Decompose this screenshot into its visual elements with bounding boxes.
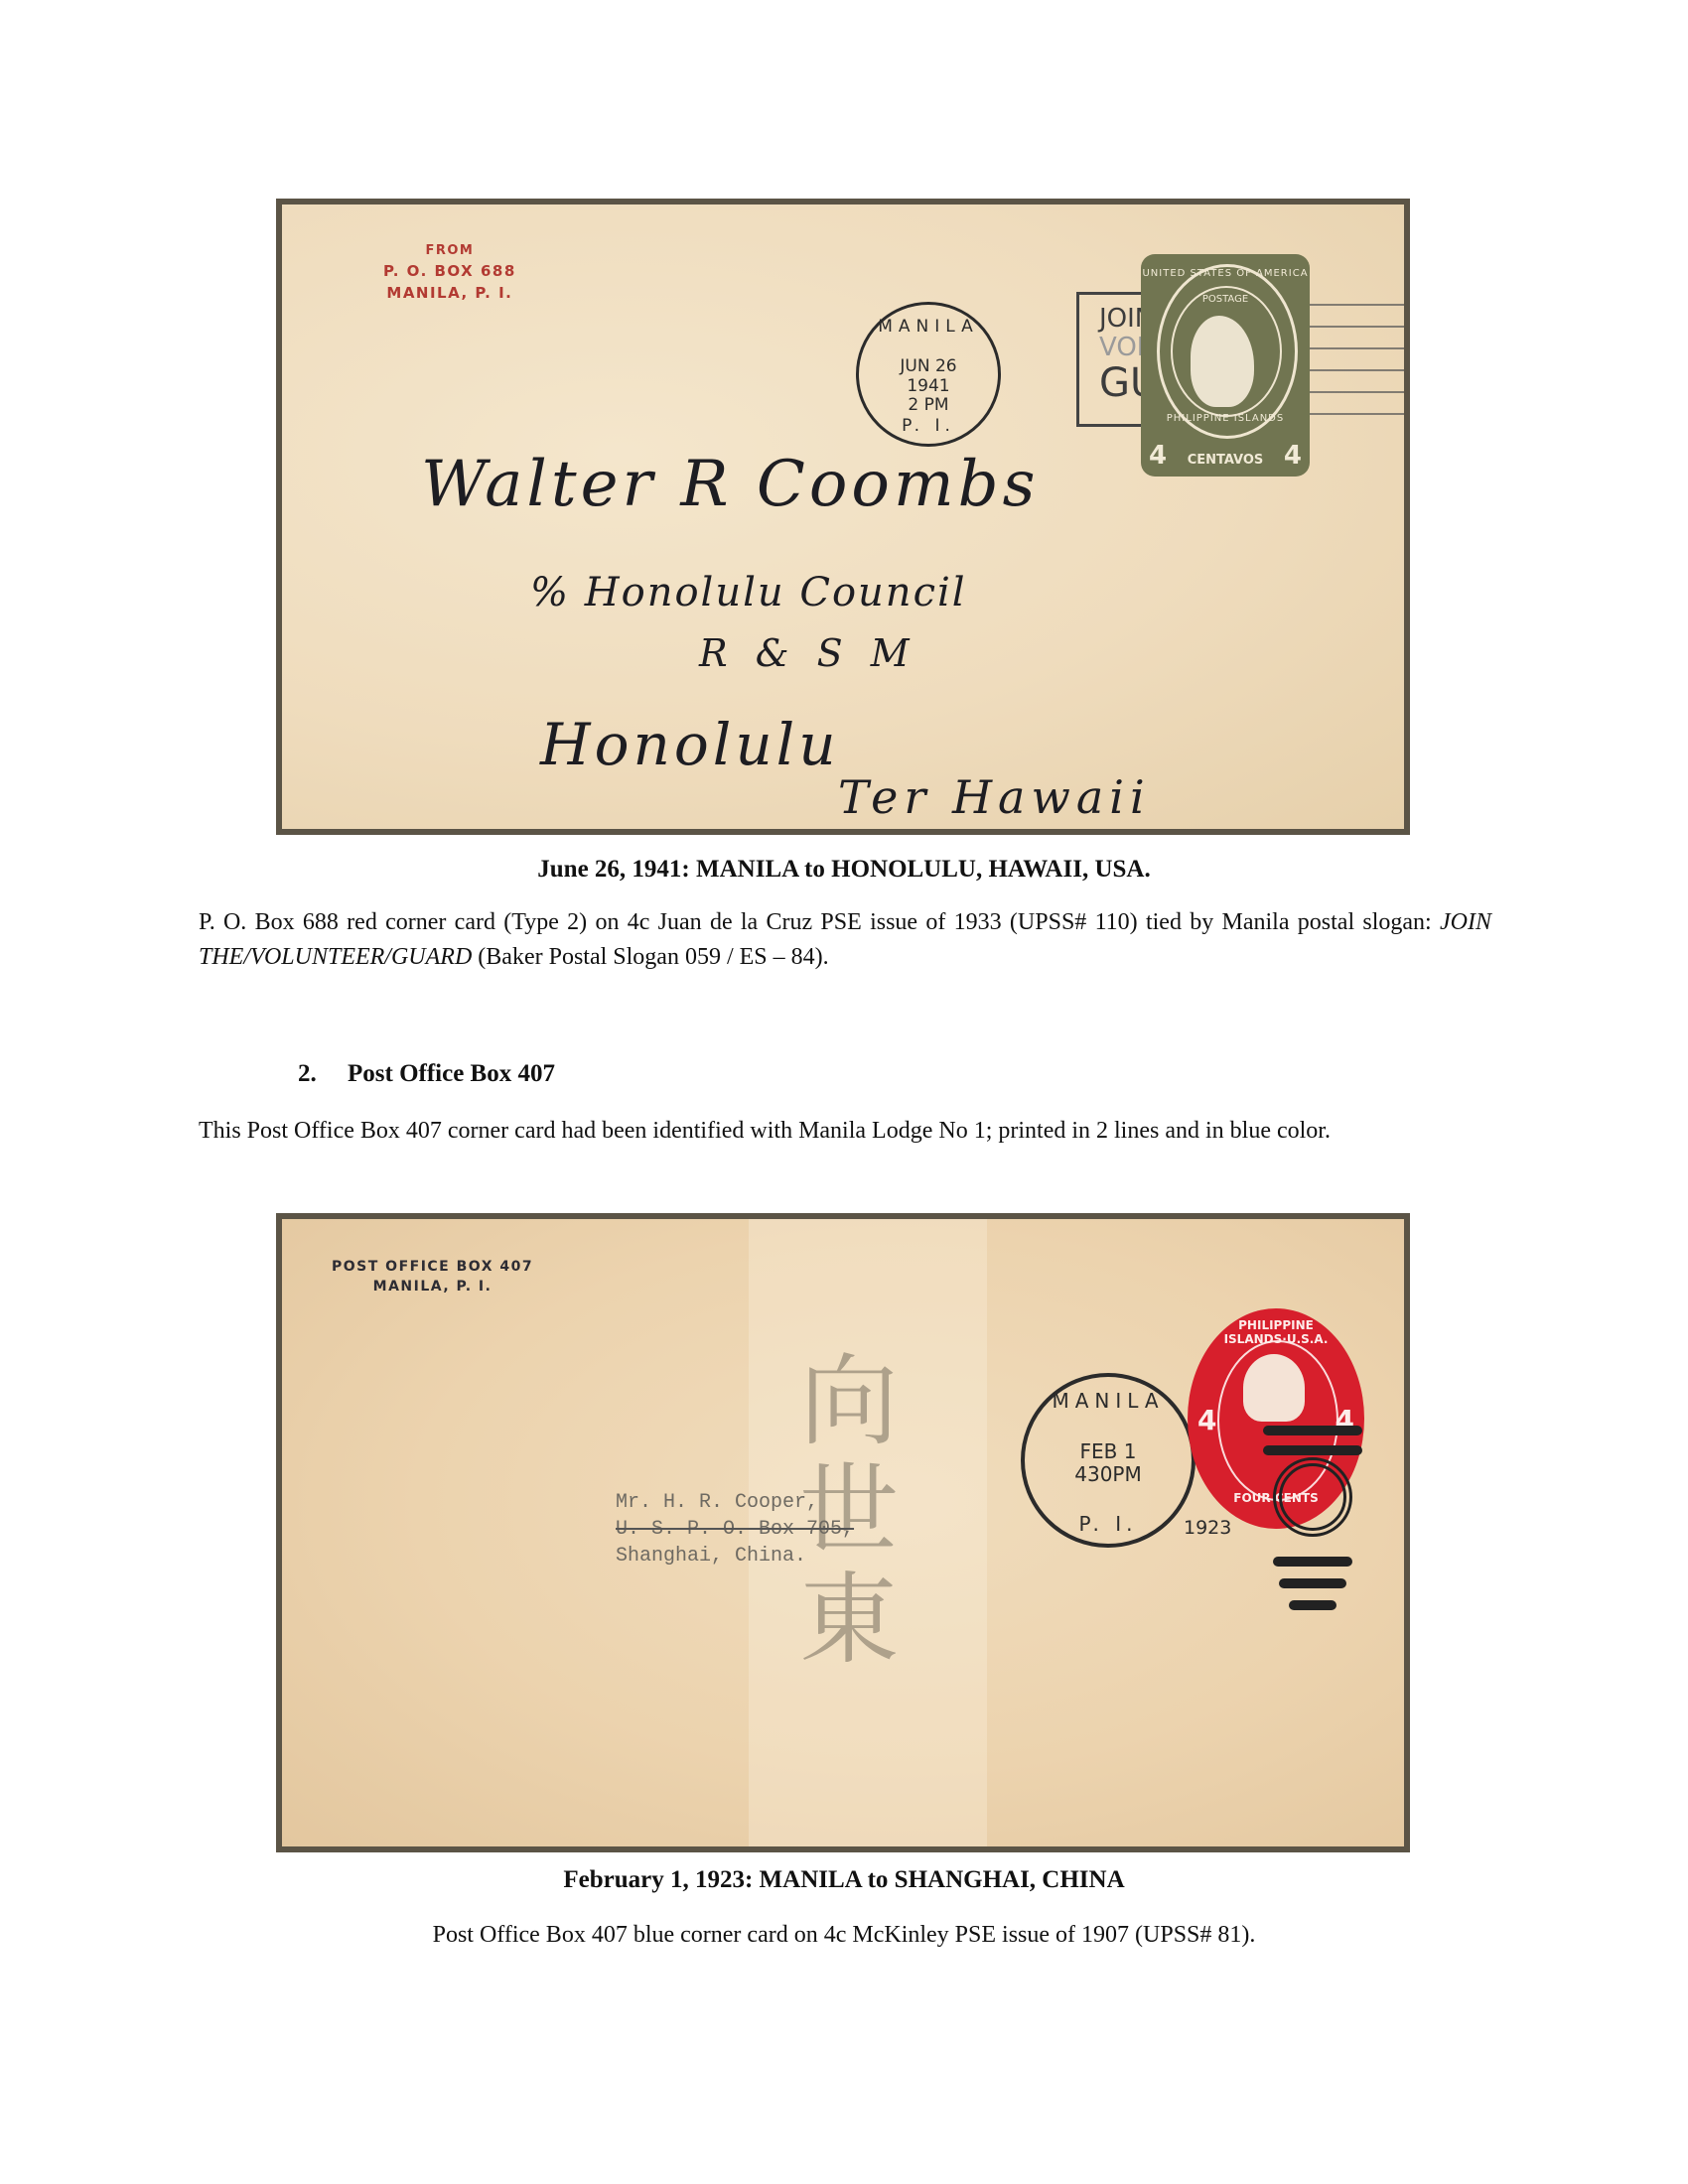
typed-address-line-3: Shanghai, China. bbox=[616, 1543, 854, 1570]
duplex-target-cancel bbox=[1263, 1408, 1362, 1626]
corner-card-from: FROM bbox=[383, 242, 516, 261]
postmark-date-block: JUN 26 1941 2 PM bbox=[859, 357, 998, 416]
caption-cover-2: February 1, 1923: MANILA to SHANGHAI, CH… bbox=[0, 1866, 1688, 1894]
manila-postmark-1923: MANILA FEB 1 430PM P. I. bbox=[1021, 1373, 1196, 1548]
corner-card-box-407: POST OFFICE BOX 407 MANILA, P. I. bbox=[332, 1257, 533, 1297]
postmark-place: P. I. bbox=[1025, 1512, 1192, 1536]
address-line-5: Ter Hawaii bbox=[838, 770, 1151, 824]
corner-card-box-688: FROM P. O. BOX 688 MANILA, P. I. bbox=[383, 242, 516, 304]
address-line-3: R & S M bbox=[699, 631, 917, 675]
cover-image-1923: POST OFFICE BOX 407 MANILA, P. I. 向世東 Mr… bbox=[276, 1213, 1410, 1852]
cover-image-1941: FROM P. O. BOX 688 MANILA, P. I. MANILA … bbox=[276, 199, 1410, 835]
section-intro: This Post Office Box 407 corner card had… bbox=[199, 1114, 1491, 1149]
stamp-value-left: 4 bbox=[1197, 1404, 1216, 1436]
typed-address-line-1: Mr. H. R. Cooper, bbox=[616, 1489, 854, 1516]
stamp-value-row: 4 CENTAVOS 4 bbox=[1149, 441, 1302, 471]
postmark-town: MANILA bbox=[859, 317, 998, 337]
stamp-postage-label: POSTAGE bbox=[1141, 294, 1310, 305]
stamp-ring-top: UNITED STATES OF AMERICA bbox=[1141, 268, 1310, 279]
postmark-year: 1941 bbox=[859, 377, 998, 397]
stamp-ring-bottom: PHILIPPINE ISLANDS bbox=[1141, 413, 1310, 424]
cancel-bar bbox=[1273, 1557, 1352, 1567]
description-text: P. O. Box 688 red corner card (Type 2) o… bbox=[199, 909, 1440, 935]
corner-card-line1: P. O. BOX 688 bbox=[383, 261, 516, 283]
description-cover-2: Post Office Box 407 blue corner card on … bbox=[0, 1922, 1688, 1949]
address-line-4: Honolulu bbox=[540, 711, 840, 778]
stamp-denomination: CENTAVOS bbox=[1188, 453, 1264, 468]
stamp-4-centavos: UNITED STATES OF AMERICA POSTAGE PHILIPP… bbox=[1141, 254, 1310, 477]
cancel-bar bbox=[1289, 1600, 1336, 1610]
typed-address: Mr. H. R. Cooper, U. S. P. O. Box 705, S… bbox=[616, 1489, 854, 1570]
target-cancel-icon bbox=[1273, 1457, 1352, 1537]
address-line-2: % Honolulu Council bbox=[530, 570, 967, 615]
caption-cover-1: June 26, 1941: MANILA to HONOLULU, HAWAI… bbox=[0, 856, 1688, 884]
section-title: Post Office Box 407 bbox=[348, 1060, 555, 1087]
postmark-date: FEB 1 bbox=[1025, 1440, 1192, 1463]
stamp-ring-top: PHILIPPINE ISLANDS·U.S.A. bbox=[1188, 1318, 1364, 1346]
section-heading: 2.Post Office Box 407 bbox=[298, 1060, 555, 1088]
cancel-bar bbox=[1263, 1426, 1362, 1435]
postmark-date: JUN 26 bbox=[859, 357, 998, 377]
postmark-time: 430PM bbox=[1025, 1463, 1192, 1486]
stamp-value-left: 4 bbox=[1149, 441, 1167, 471]
cancel-bar bbox=[1279, 1578, 1346, 1588]
typed-address-line-2: U. S. P. O. Box 705, bbox=[616, 1516, 854, 1543]
description-cover-1: P. O. Box 688 red corner card (Type 2) o… bbox=[199, 905, 1491, 975]
corner-card-line2: MANILA, P. I. bbox=[383, 283, 516, 305]
cancel-bar bbox=[1263, 1445, 1362, 1455]
manila-postmark-1941: MANILA JUN 26 1941 2 PM P. I. bbox=[856, 302, 1001, 447]
postmark-place: P. I. bbox=[859, 416, 998, 436]
address-line-1: Walter R Coombs bbox=[421, 448, 1039, 521]
postmark-town: MANILA bbox=[1025, 1389, 1192, 1413]
year-mark: 1923 bbox=[1184, 1517, 1231, 1539]
postmark-time: 2 PM bbox=[859, 396, 998, 416]
description-text-end: (Baker Postal Slogan 059 / ES – 84). bbox=[472, 944, 828, 970]
stamp-value-right: 4 bbox=[1284, 441, 1302, 471]
corner-card-line2: MANILA, P. I. bbox=[332, 1277, 533, 1297]
corner-card-line1: POST OFFICE BOX 407 bbox=[332, 1257, 533, 1277]
section-number: 2. bbox=[298, 1060, 348, 1088]
postmark-date-block: FEB 1 430PM bbox=[1025, 1440, 1192, 1486]
